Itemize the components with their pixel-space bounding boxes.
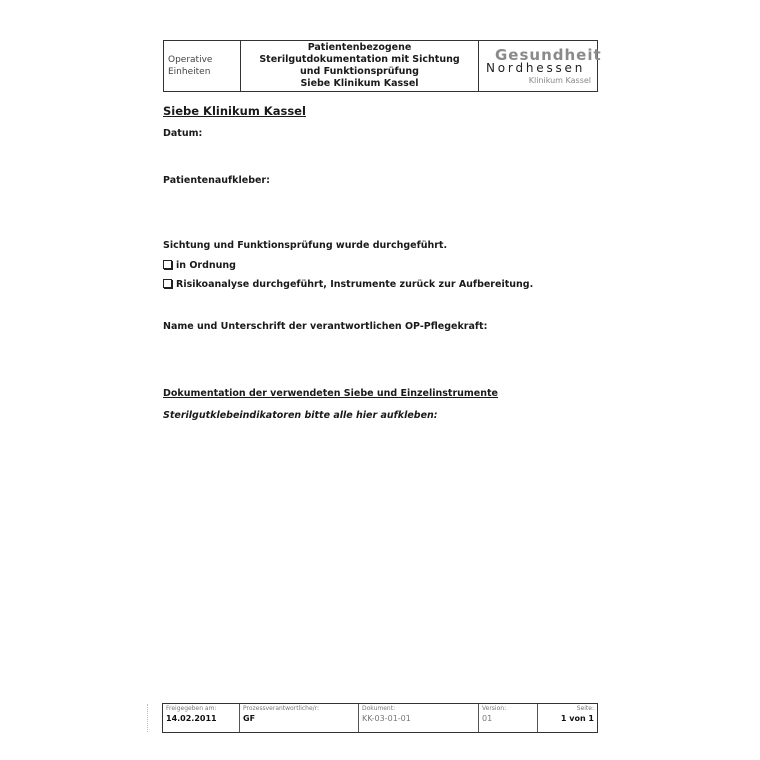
- logo-line-3: Klinikum Kassel: [529, 76, 591, 85]
- document-title: Patientenbezogene Sterilgutdokumentation…: [241, 41, 479, 91]
- date-label: Datum:: [163, 128, 202, 139]
- footer-released: Freigegeben am: 14.02.2011: [163, 704, 240, 732]
- department-line-2: Einheiten: [168, 66, 240, 78]
- owner-label: Prozessverantwortliche/r:: [243, 705, 355, 713]
- page-label: Seite:: [541, 705, 594, 713]
- title-line-3: und Funktionsprüfung: [241, 66, 478, 78]
- department-line-1: Operative: [168, 54, 240, 66]
- check-intro: Sichtung und Funktionsprüfung wurde durc…: [163, 240, 447, 251]
- section-heading: Siebe Klinikum Kassel: [163, 104, 306, 118]
- indicator-note: Sterilgutklebeindikatoren bitte alle hie…: [163, 410, 438, 421]
- document-value: KK-03-01-01: [362, 713, 475, 724]
- department-cell: Operative Einheiten: [164, 41, 241, 91]
- document-footer: Freigegeben am: 14.02.2011 Prozessverant…: [162, 703, 598, 733]
- checkbox-icon[interactable]: [163, 260, 172, 269]
- version-value: 01: [482, 713, 534, 724]
- option-risk-analysis[interactable]: Risikoanalyse durchgeführt, Instrumente …: [163, 279, 533, 290]
- title-line-2: Sterilgutdokumentation mit Sichtung: [241, 54, 478, 66]
- page-value: 1 von 1: [541, 713, 594, 724]
- logo: Gesundheit Nordhessen Klinikum Kassel: [479, 41, 597, 91]
- margin-code: [147, 704, 150, 732]
- title-line-1: Patientenbezogene: [241, 42, 478, 54]
- documentation-heading: Dokumentation der verwendeten Siebe und …: [163, 388, 498, 399]
- patient-sticker-label: Patientenaufkleber:: [163, 175, 270, 186]
- footer-owner: Prozessverantwortliche/r: GF: [240, 704, 359, 732]
- released-label: Freigegeben am:: [166, 705, 236, 713]
- option-label: in Ordnung: [176, 260, 236, 271]
- document-header: Operative Einheiten Patientenbezogene St…: [163, 40, 598, 92]
- footer-page: Seite: 1 von 1: [538, 704, 597, 732]
- option-in-order[interactable]: in Ordnung: [163, 260, 236, 271]
- owner-value: GF: [243, 713, 355, 724]
- released-value: 14.02.2011: [166, 713, 236, 724]
- footer-version: Version: 01: [479, 704, 538, 732]
- version-label: Version:: [482, 705, 534, 713]
- option-label: Risikoanalyse durchgeführt, Instrumente …: [176, 279, 533, 290]
- title-line-4: Siebe Klinikum Kassel: [241, 78, 478, 90]
- footer-document: Dokument: KK-03-01-01: [359, 704, 479, 732]
- checkbox-icon[interactable]: [163, 279, 172, 288]
- logo-line-2: Nordhessen: [486, 61, 585, 75]
- signature-label: Name und Unterschrift der verantwortlich…: [163, 321, 487, 332]
- document-label: Dokument:: [362, 705, 475, 713]
